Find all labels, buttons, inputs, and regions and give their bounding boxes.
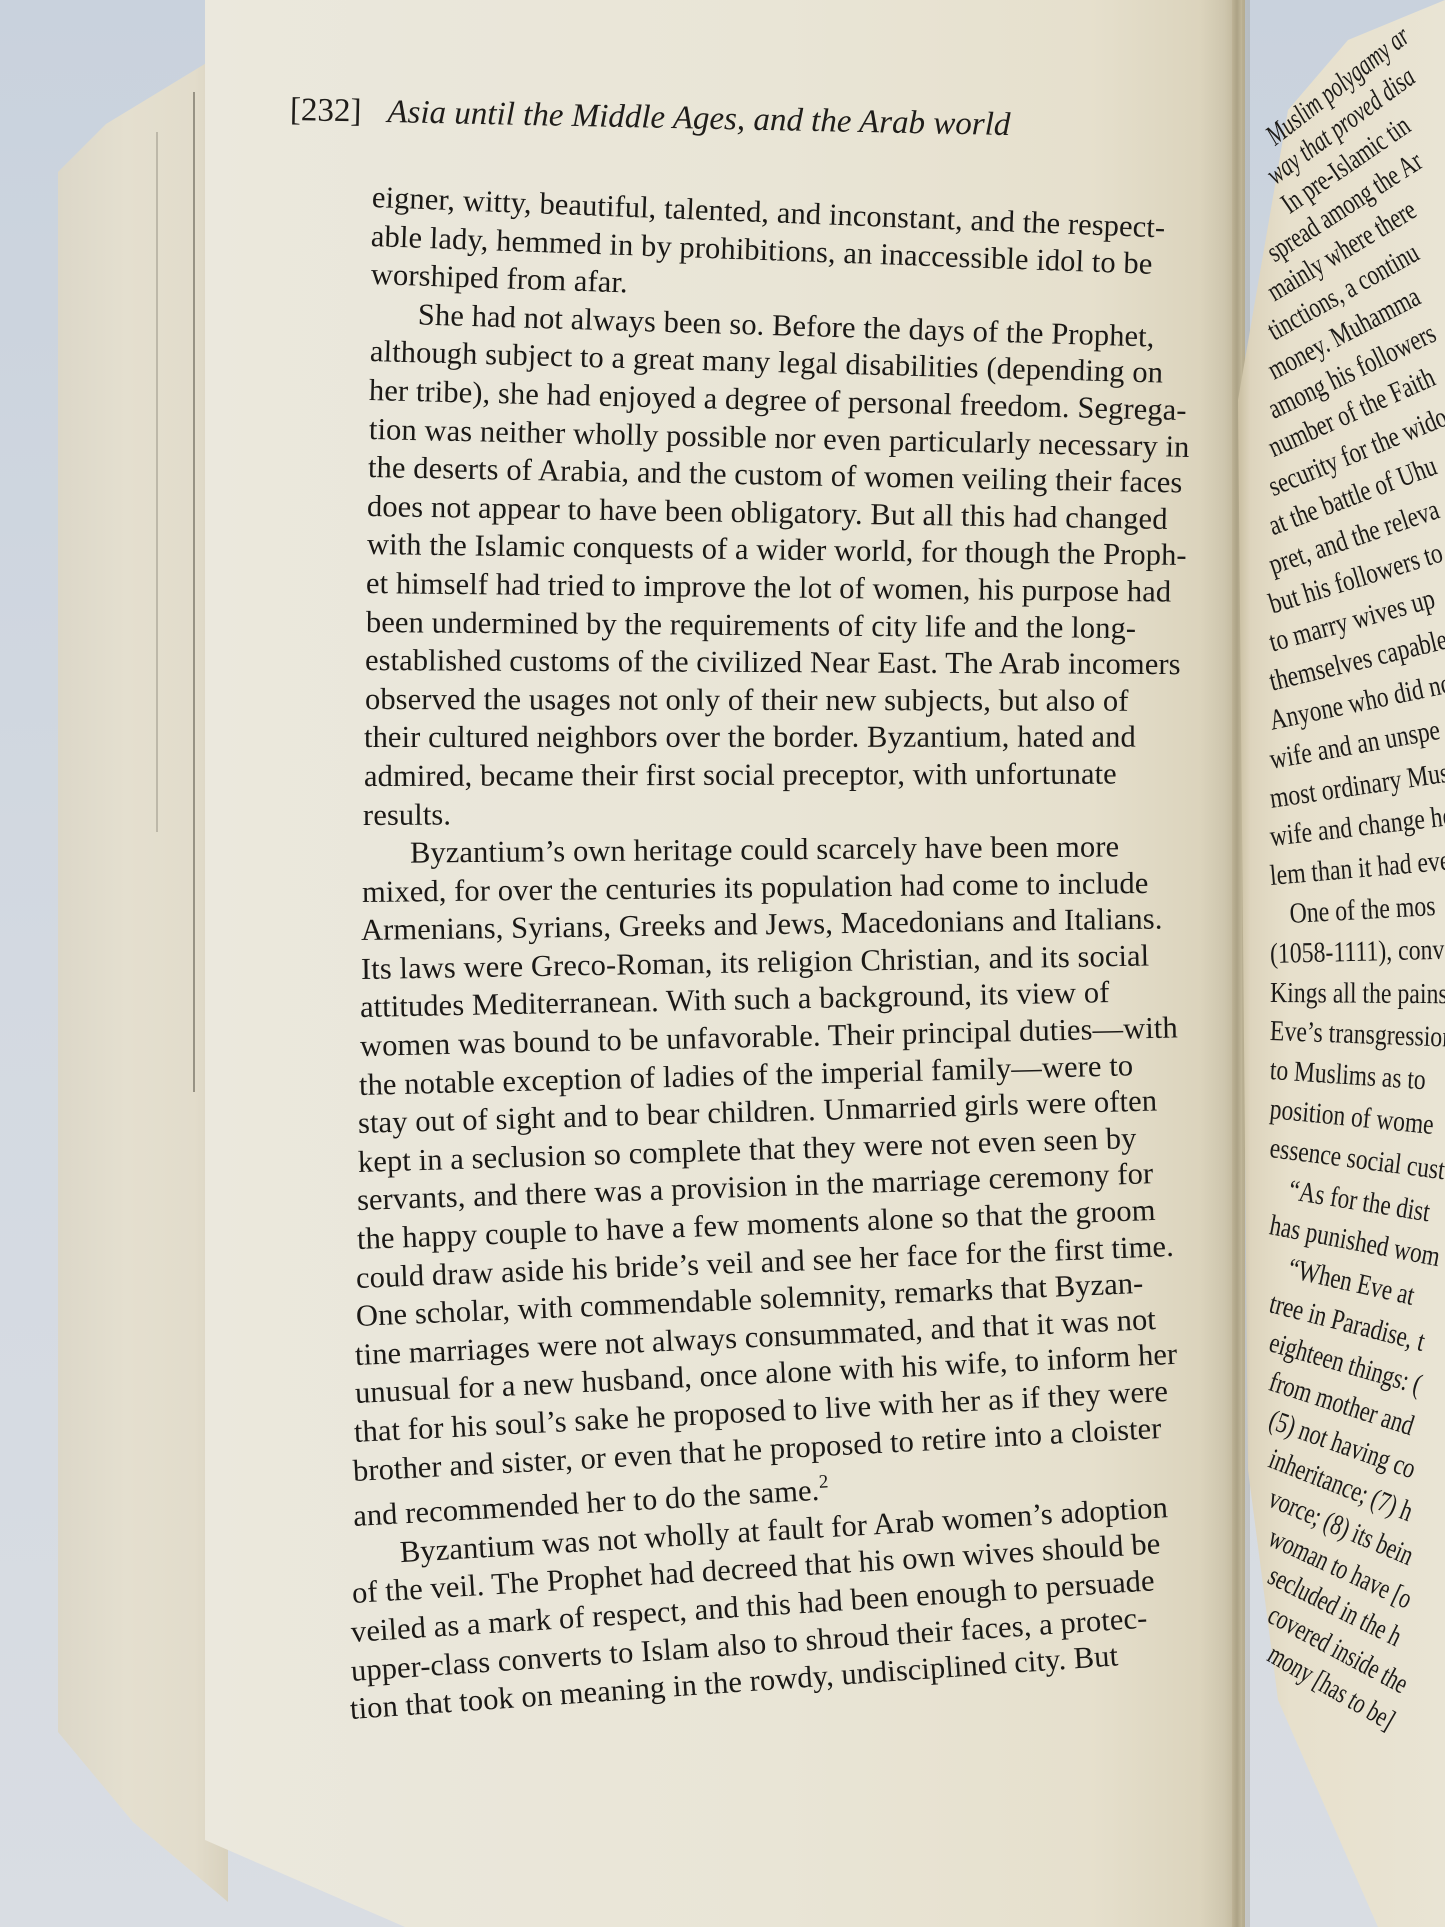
- page-number: [232]: [290, 92, 362, 129]
- text-line-content: et himself had tried to improve the lot …: [366, 566, 1172, 609]
- text-line-content: results.: [363, 797, 451, 832]
- right-text-line: Eve’s transgression: [1269, 1012, 1445, 1058]
- closed-page-edges: [58, 32, 228, 1902]
- text-line-content: their cultured neighbors over the border…: [364, 720, 1136, 754]
- text-line-content: admired, became their first social prece…: [364, 757, 1117, 793]
- footnote-marker: 2: [818, 1472, 829, 1494]
- text-line-content: observed the usages not only of their ne…: [365, 682, 1129, 718]
- text-line: admired, became their first social prece…: [364, 754, 1224, 795]
- right-text-line: (1058-1111), conve: [1270, 930, 1445, 974]
- text-line: established customs of the civilized Nea…: [365, 641, 1225, 684]
- text-line-content: been undermined by the requirements of c…: [366, 605, 1136, 645]
- page-edge-line: [156, 132, 158, 832]
- text-line-content: Byzantium’s own heritage could scarcely …: [410, 829, 1119, 869]
- text-line: their cultured neighbors over the border…: [364, 718, 1224, 757]
- right-page-body-text: Muslim polygamy arway that proved disaIn…: [1270, 120, 1445, 1672]
- book-gutter: [1232, 0, 1242, 1927]
- text-line-content: established customs of the civilized Nea…: [365, 643, 1181, 681]
- page-edge-line: [193, 92, 195, 1092]
- left-page-body-text: eigner, witty, beautiful, talented, and …: [372, 178, 1232, 1729]
- text-line-content: worshiped from afar.: [370, 257, 628, 299]
- right-text-line: Kings all the pains: [1270, 974, 1445, 1014]
- text-line: observed the usages not only of their ne…: [365, 680, 1225, 721]
